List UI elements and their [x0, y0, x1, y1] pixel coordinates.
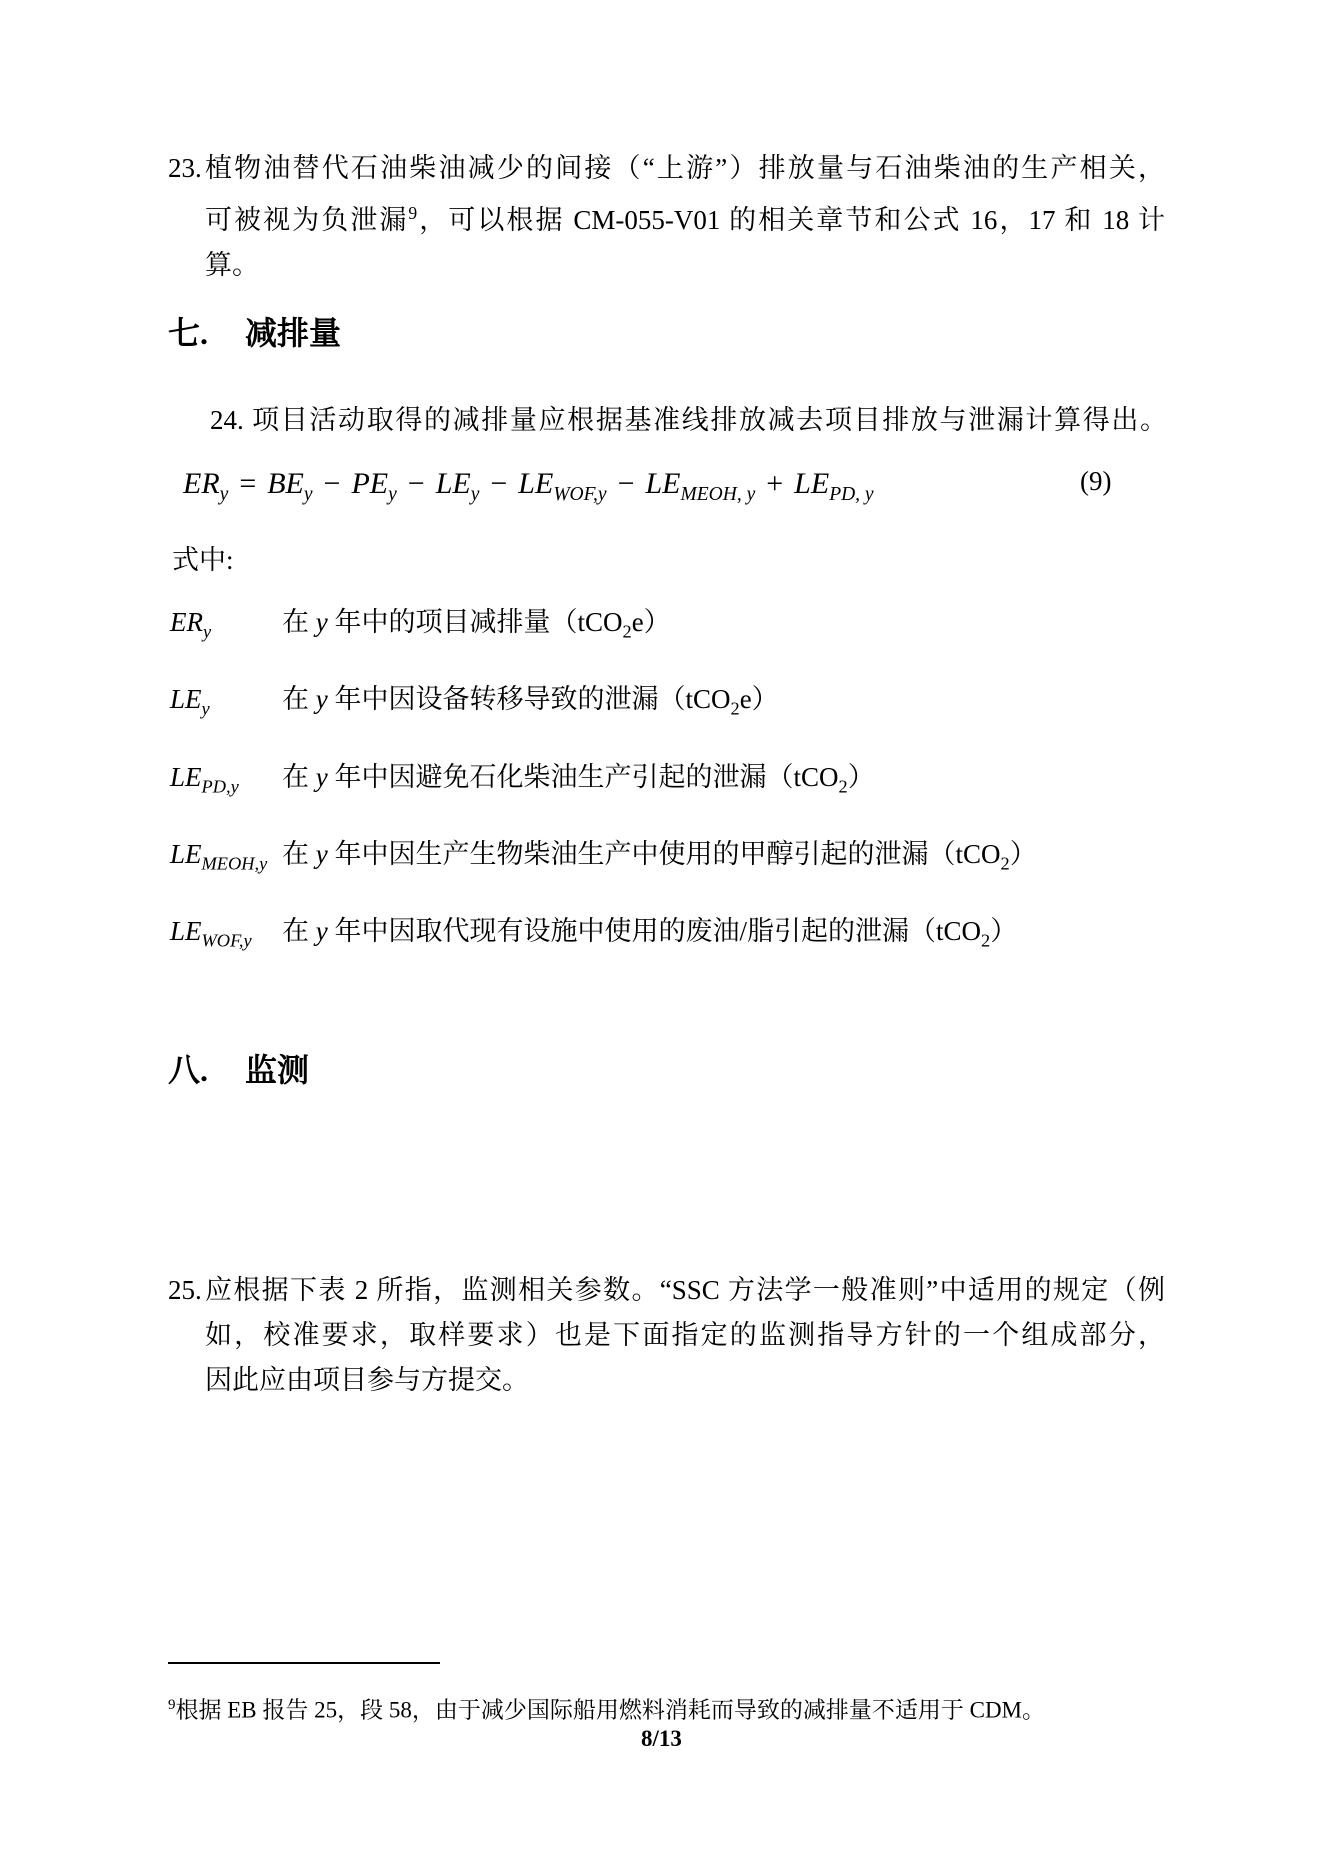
variable-description: 在 y 年中因避免石化柴油生产引起的泄漏（tCO2） — [282, 762, 875, 792]
equation-subscript: y — [471, 484, 480, 505]
variable-term: ERy — [170, 602, 282, 651]
year-variable: y — [316, 916, 328, 946]
year-variable: y — [316, 607, 328, 637]
variable-description: 在 y 年中因取代现有设施中使用的废油/脂引起的泄漏（tCO2） — [282, 916, 1017, 946]
equation-9: ERy=BEy−PEy−LEy−LEWOF,y−LEMEOH, y+LEPD, … — [183, 458, 874, 521]
paragraph-number: 25. — [168, 1268, 202, 1313]
paragraph-line: 因此应由项目参与方提交。 — [205, 1358, 1165, 1403]
section-heading-8: 八.监测 — [168, 1050, 309, 1090]
paragraph-line: 如，校准要求，取样要求）也是下面指定的监测指导方针的一个组成部分， — [205, 1313, 1165, 1358]
equation-subscript: MEOH, y — [681, 484, 756, 505]
variable-term: LEPD,y — [170, 757, 282, 806]
document-page: 23. 植物油替代石油柴油减少的间接（“上游”）排放量与石油柴油的生产相关， 可… — [0, 0, 1323, 1871]
equation-subscript: y — [388, 484, 397, 505]
equation-operator: + — [766, 467, 783, 500]
equation-operator: − — [324, 467, 341, 500]
section-title: 减排量 — [245, 315, 341, 351]
equation-term: PEy — [351, 467, 396, 500]
equation-term: LEy — [436, 467, 480, 500]
year-variable: y — [316, 684, 328, 714]
paragraph-line: 可被视为负泄漏9，可以根据 CM-055-V01 的相关章节和公式 16，17 … — [205, 191, 1165, 243]
paragraph-line: 植物油替代石油柴油减少的间接（“上游”）排放量与石油柴油的生产相关， — [205, 146, 1165, 191]
equation-term: BEy — [267, 467, 312, 500]
variable-description: 在 y 年中因设备转移导致的泄漏（tCO2e） — [282, 684, 779, 714]
paragraph-number: 23. — [168, 146, 202, 191]
paragraph-24: 24. 项目活动取得的减排量应根据基准线排放减去项目排放与泄漏计算得出。 — [210, 398, 1167, 443]
section-number: 七. — [168, 313, 245, 353]
footnote-9: 9根据 EB 报告 25，段 58，由于减少国际船用燃料消耗而导致的减排量不适用… — [168, 1688, 1168, 1728]
footnote-separator — [168, 1662, 440, 1664]
paragraph-23: 23. 植物油替代石油柴油减少的间接（“上游”）排放量与石油柴油的生产相关， 可… — [168, 146, 1165, 288]
definition-row: LEWOF,y在 y 年中因取代现有设施中使用的废油/脂引起的泄漏（tCO2） — [170, 911, 1017, 960]
equation-term: LEWOF,y — [518, 467, 606, 500]
equation-number: (9) — [1080, 466, 1111, 497]
variable-description: 在 y 年中的项目减排量（tCO2e） — [282, 607, 671, 637]
formula-intro: 式中: — [172, 538, 234, 583]
paragraph-text: ，可以根据 CM-055-V01 的相关章节和公式 16，17 和 18 计 — [417, 205, 1165, 235]
definition-row: LEMEOH,y在 y 年中因生产生物柴油生产中使用的甲醇引起的泄漏（tCO2） — [170, 834, 1037, 883]
year-variable: y — [316, 762, 328, 792]
definition-row: LEPD,y在 y 年中因避免石化柴油生产引起的泄漏（tCO2） — [170, 757, 875, 806]
equation-term: LEMEOH, y — [646, 467, 756, 500]
paragraph-line: 算。 — [205, 243, 1165, 288]
definition-row: LEy在 y 年中因设备转移导致的泄漏（tCO2e） — [170, 679, 779, 728]
equation-subscript: y — [304, 484, 313, 505]
variable-term: LEWOF,y — [170, 911, 282, 960]
variable-term: LEy — [170, 679, 282, 728]
section-heading-7: 七.减排量 — [168, 313, 341, 353]
variable-description: 在 y 年中因生产生物柴油生产中使用的甲醇引起的泄漏（tCO2） — [282, 839, 1037, 869]
paragraph-text: 项目活动取得的减排量应根据基准线排放减去项目排放与泄漏计算得出。 — [252, 405, 1167, 435]
equation-operator: − — [490, 467, 507, 500]
paragraph-line: 应根据下表 2 所指，监测相关参数。“SSC 方法学一般准则”中适用的规定（例 — [205, 1268, 1165, 1313]
paragraph-number: 24. — [210, 405, 244, 435]
variable-term: LEMEOH,y — [170, 834, 282, 883]
section-number: 八. — [168, 1050, 245, 1090]
equation-operator: − — [408, 467, 425, 500]
section-title: 监测 — [245, 1052, 309, 1088]
equation-subscript: PD, y — [829, 484, 873, 505]
equation-subscript: WOF,y — [553, 484, 606, 505]
equation-term: ERy — [183, 467, 228, 500]
paragraph-text: 可被视为负泄漏 — [205, 205, 408, 235]
equation-operator: − — [618, 467, 635, 500]
equation-term: LEPD, y — [794, 467, 873, 500]
year-variable: y — [316, 839, 328, 869]
equation-operator: = — [239, 467, 256, 500]
footnote-reference-9: 9 — [408, 203, 417, 223]
page-number: 8/13 — [0, 1726, 1323, 1752]
footnote-text: 根据 EB 报告 25，段 58，由于减少国际船用燃料消耗而导致的减排量不适用于… — [175, 1698, 1045, 1723]
equation-subscript: y — [220, 484, 229, 505]
definition-row: ERy在 y 年中的项目减排量（tCO2e） — [170, 602, 671, 651]
paragraph-25: 25. 应根据下表 2 所指，监测相关参数。“SSC 方法学一般准则”中适用的规… — [168, 1268, 1165, 1403]
